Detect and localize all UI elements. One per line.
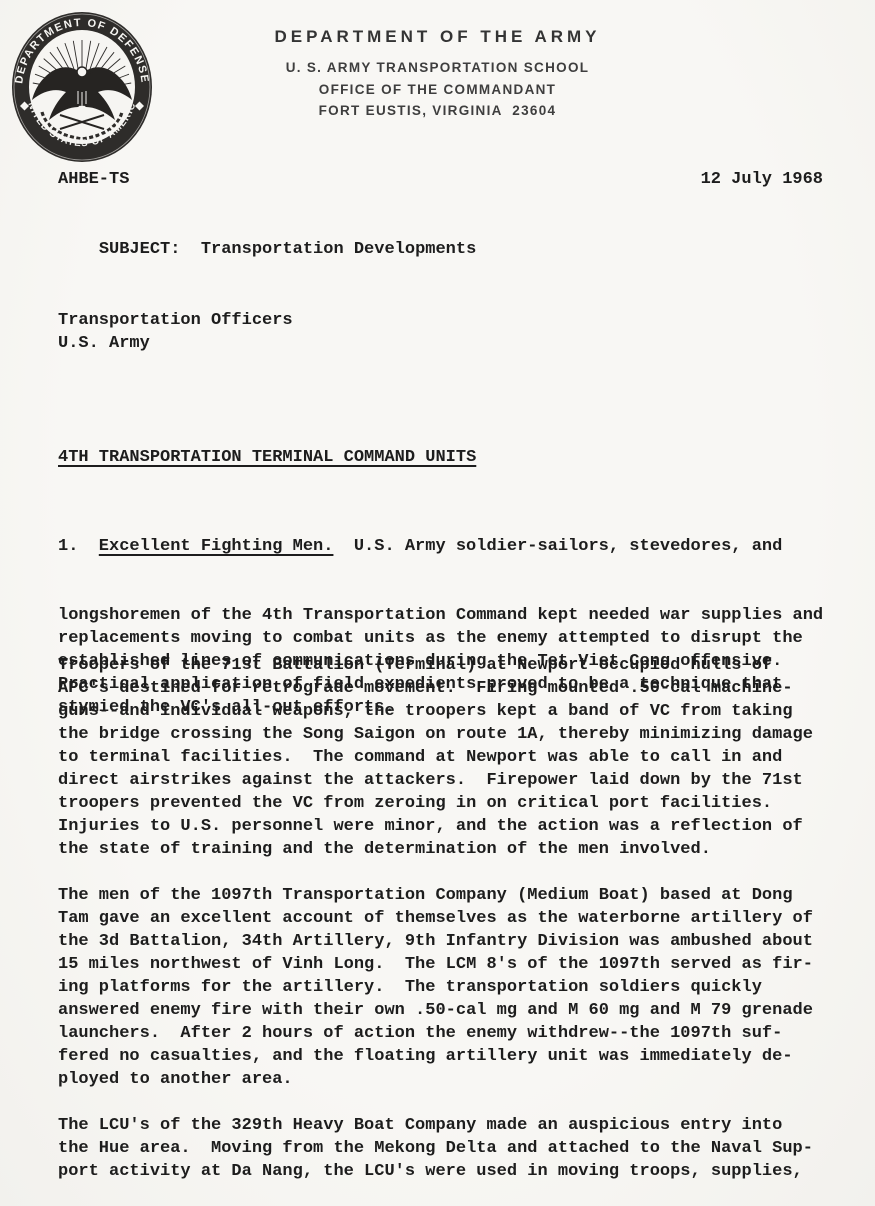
letterhead-department: DEPARTMENT OF THE ARMY <box>0 27 875 47</box>
document-page: DEPARTMENT OF DEFENSE UNITED STATES OF A… <box>0 0 875 1206</box>
letterhead-office: OFFICE OF THE COMMANDANT <box>0 79 875 101</box>
subject-line: SUBJECT:Transportation Developments <box>58 215 476 284</box>
paragraph-1-first-line: 1.Excellent Fighting Men. U.S. Army sold… <box>58 535 823 558</box>
paragraph-1-lead-continuation: U.S. Army soldier-sailors, stevedores, a… <box>333 537 782 556</box>
letterhead-address: FORT EUSTIS, VIRGINIA 23604 <box>0 100 875 122</box>
paragraph-1-number: 1. <box>58 537 78 556</box>
document-date: 12 July 1968 <box>701 168 823 191</box>
subject-label: SUBJECT: <box>99 240 181 259</box>
paragraph-3: The men of the 1097th Transportation Com… <box>58 884 813 1091</box>
reference-row: AHBE-TS 12 July 1968 <box>58 168 823 191</box>
letterhead: DEPARTMENT OF THE ARMY U. S. ARMY TRANSP… <box>0 27 875 122</box>
subject-value: Transportation Developments <box>201 240 476 259</box>
paragraph-1-lead: Excellent Fighting Men. <box>99 537 334 556</box>
letterhead-school: U. S. ARMY TRANSPORTATION SCHOOL <box>0 57 875 79</box>
office-symbol: AHBE-TS <box>58 168 129 191</box>
addressee-block: Transportation Officers U.S. Army <box>58 309 293 355</box>
paragraph-4: The LCU's of the 329th Heavy Boat Compan… <box>58 1114 813 1183</box>
paragraph-2: Troopers of the 71st Battalion (Terminal… <box>58 654 813 861</box>
section-heading: 4TH TRANSPORTATION TERMINAL COMMAND UNIT… <box>58 446 476 469</box>
